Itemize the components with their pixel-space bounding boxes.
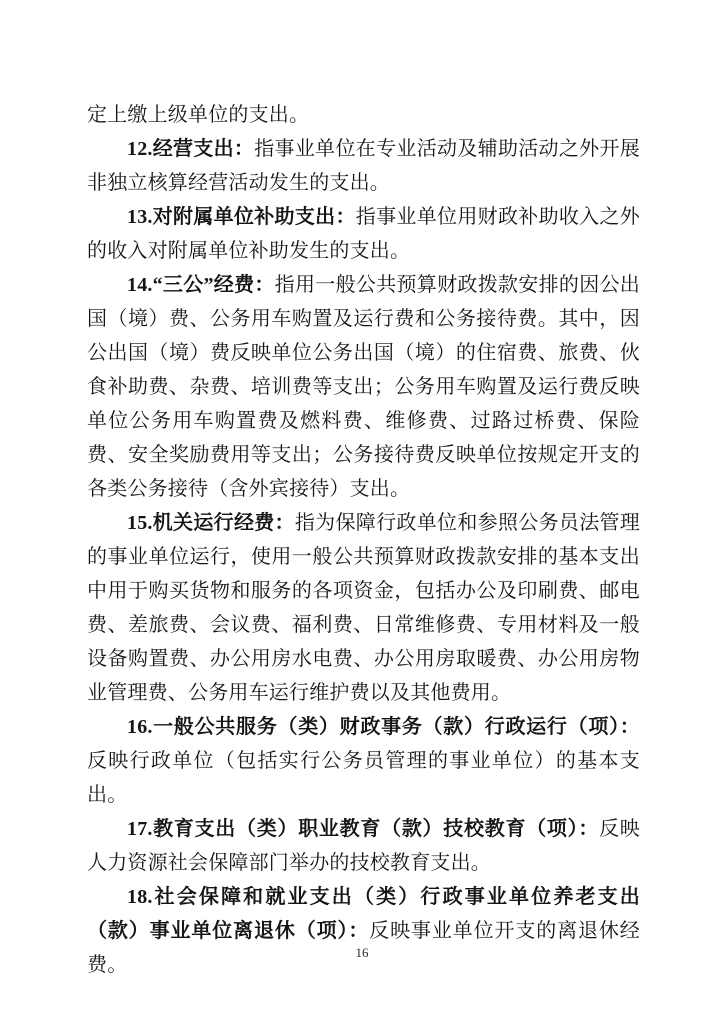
- paragraph-lead: 15.机关运行经费：: [127, 512, 295, 534]
- paragraph-item-13: 13.对附属单位补助支出：指事业单位用财政补助收入之外的收入对附属单位补助发生的…: [87, 200, 640, 268]
- paragraph-item-18: 18.社会保障和就业支出（类）行政事业单位养老支出（款）事业单位离退休（项）：反…: [87, 880, 640, 982]
- paragraph-lead: 16.一般公共服务（类）财政事务（款）行政运行（项）：: [127, 716, 640, 738]
- paragraph-body: 指为保障行政单位和参照公务员法管理的事业单位运行，使用一般公共预算财政拨款安排的…: [87, 512, 640, 704]
- paragraph-continuation: 定上缴上级单位的支出。: [87, 98, 640, 132]
- paragraph-item-16: 16.一般公共服务（类）财政事务（款）行政运行（项）：反映行政单位（包括实行公务…: [87, 710, 640, 812]
- paragraph-item-17: 17.教育支出（类）职业教育（款）技校教育（项）：反映人力资源社会保障部门举办的…: [87, 812, 640, 880]
- paragraph-item-15: 15.机关运行经费：指为保障行政单位和参照公务员法管理的事业单位运行，使用一般公…: [87, 506, 640, 710]
- paragraph-body: 指用一般公共预算财政拨款安排的因公出国（境）费、公务用车购置及运行费和公务接待费…: [87, 274, 640, 500]
- paragraph-item-12: 12.经营支出：指事业单位在专业活动及辅助活动之外开展非独立核算经营活动发生的支…: [87, 132, 640, 200]
- paragraph-lead: 14.“三公”经费：: [127, 274, 275, 296]
- page-number: 16: [0, 944, 724, 962]
- document-content: 定上缴上级单位的支出。 12.经营支出：指事业单位在专业活动及辅助活动之外开展非…: [87, 98, 640, 982]
- document-page: 定上缴上级单位的支出。 12.经营支出：指事业单位在专业活动及辅助活动之外开展非…: [0, 0, 724, 1024]
- paragraph-body: 定上缴上级单位的支出。: [87, 104, 309, 126]
- paragraph-body: 反映行政单位（包括实行公务员管理的事业单位）的基本支出。: [87, 750, 640, 806]
- paragraph-lead: 17.教育支出（类）职业教育（款）技校教育（项）：: [127, 818, 599, 840]
- paragraph-item-14: 14.“三公”经费：指用一般公共预算财政拨款安排的因公出国（境）费、公务用车购置…: [87, 268, 640, 506]
- paragraph-lead: 13.对附属单位补助支出：: [127, 206, 356, 228]
- paragraph-lead: 12.经营支出：: [127, 138, 254, 160]
